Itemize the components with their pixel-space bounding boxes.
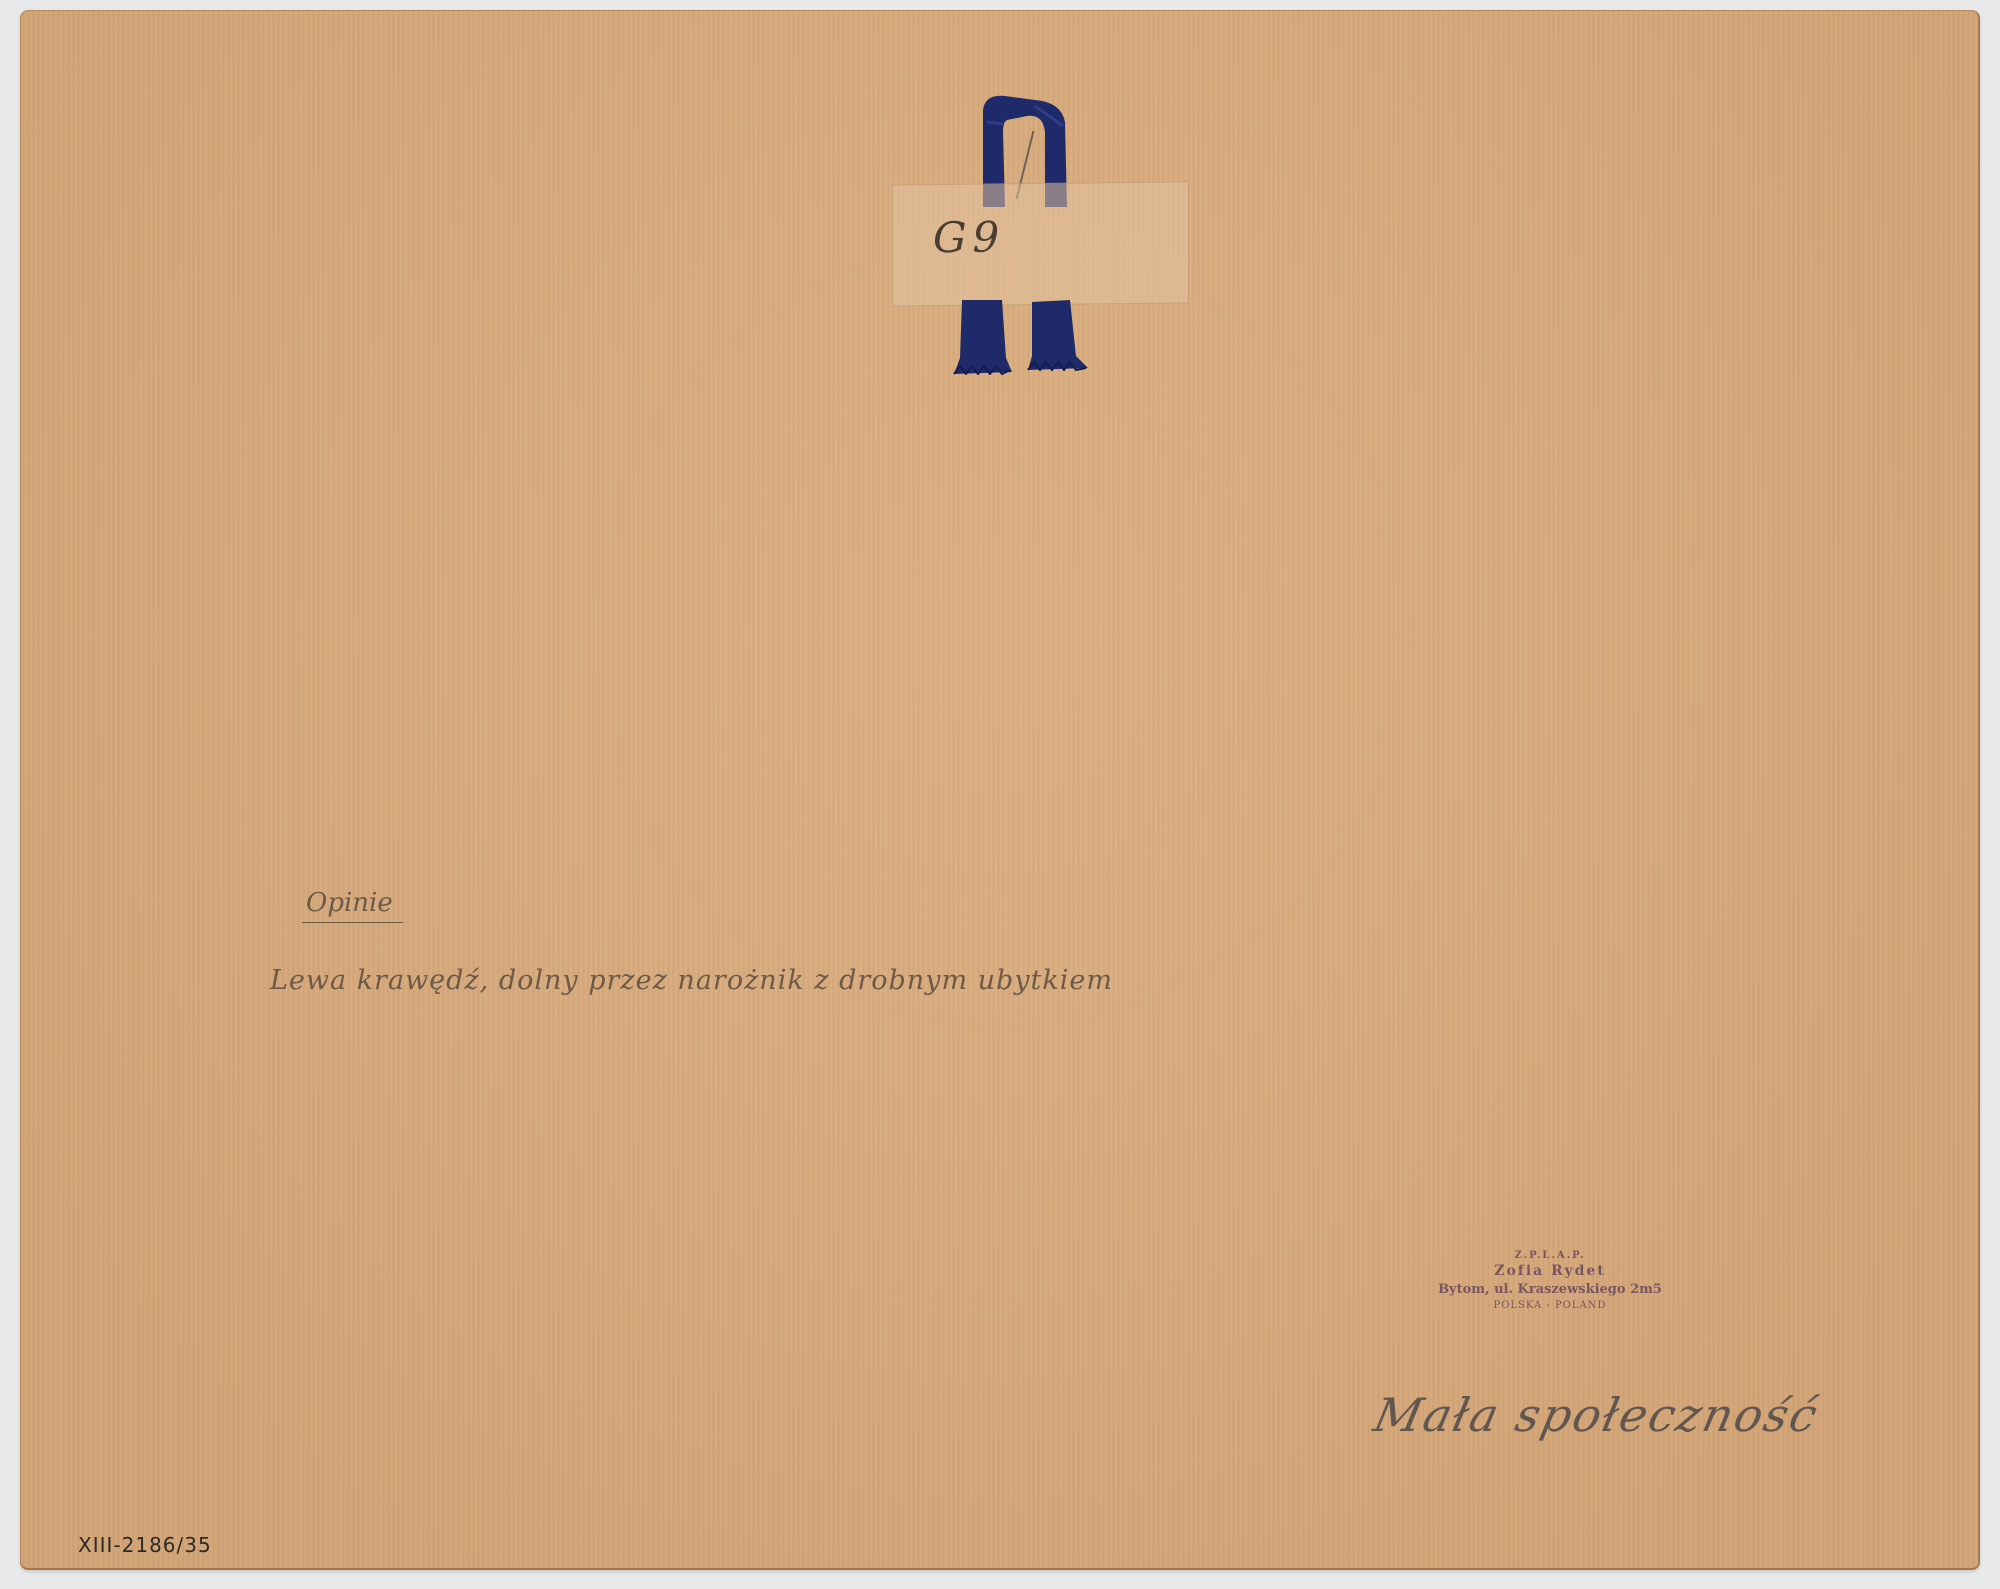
stamp-line-4: POLSKA - POLAND (1400, 1300, 1700, 1311)
stamp-line-3: Bytom, ul. Kraszewskiego 2m5 (1400, 1282, 1700, 1297)
stamp-line-1: Z.P.L.A.P. (1400, 1250, 1700, 1261)
cardboard-mount: G9 (20, 10, 1980, 1570)
catalog-number: XIII-2186/35 (78, 1533, 212, 1557)
artist-stamp: Z.P.L.A.P. Zofia Rydet Bytom, ul. Krasze… (1400, 1250, 1700, 1311)
tape-strip: G9 (892, 181, 1189, 306)
title-inscription: Mała społeczność (1369, 1388, 1824, 1442)
stamp-line-2: Zofia Rydet (1400, 1263, 1700, 1279)
note-title: Opinie (302, 888, 403, 923)
note-body: Lewa krawędź, dolny przez narożnik z dro… (270, 965, 1113, 996)
tape-label: G9 (933, 212, 1005, 262)
ribbon-ends-icon (950, 300, 1110, 375)
